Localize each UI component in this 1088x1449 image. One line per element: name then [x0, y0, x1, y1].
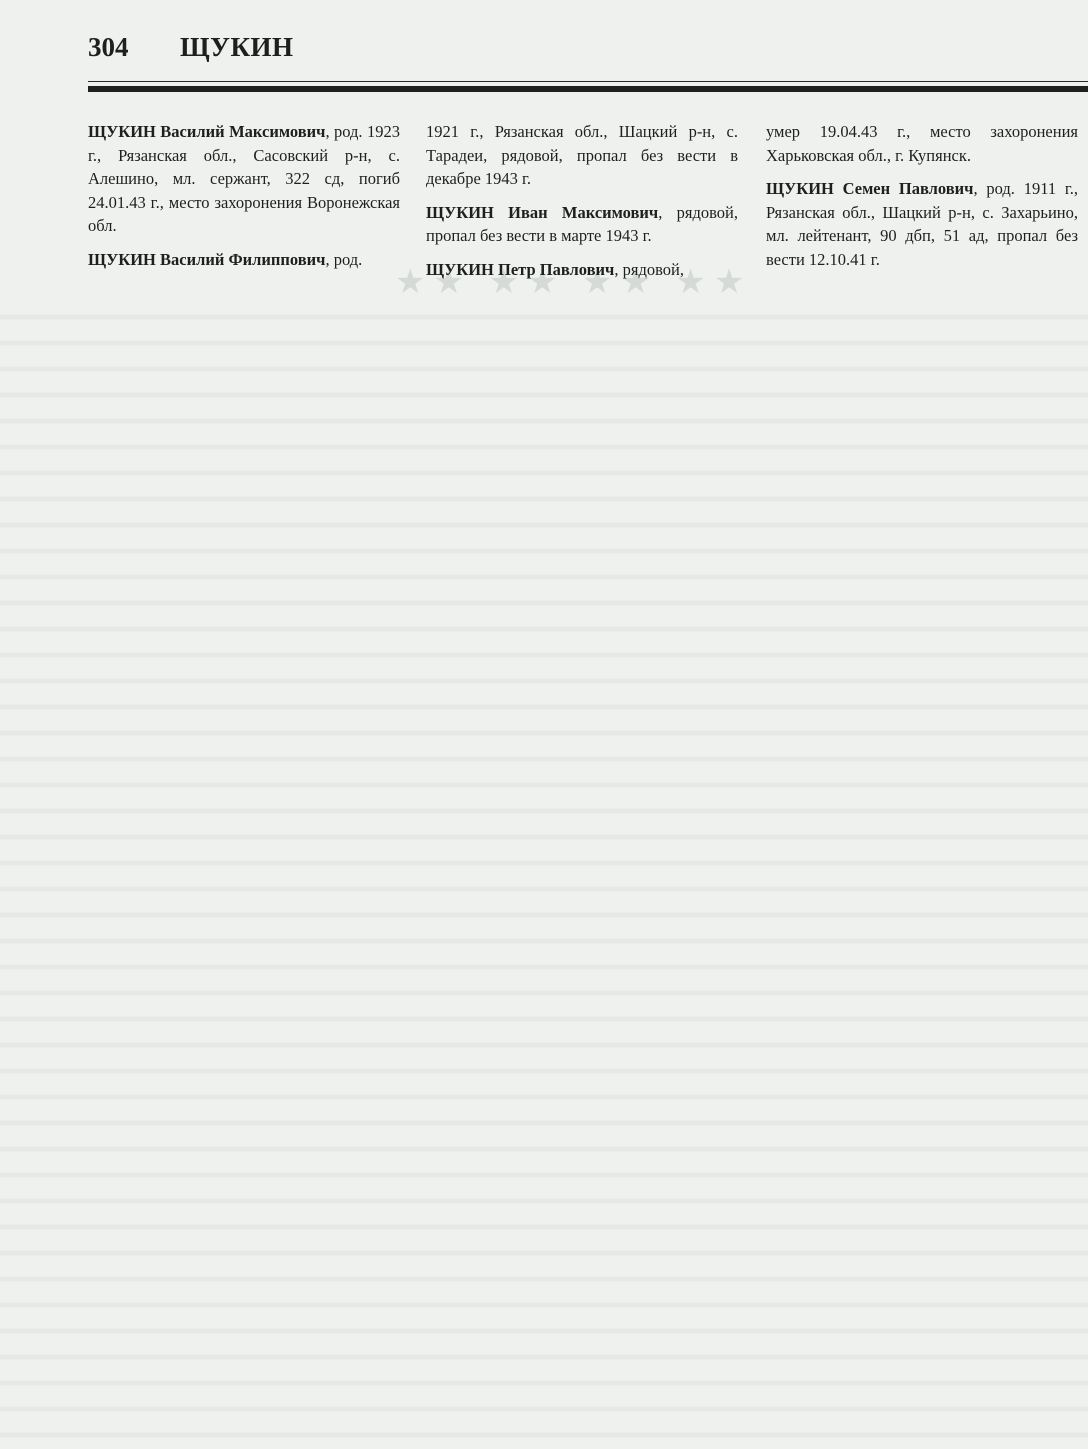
entry-name: ЩУКИН Василий Максимович — [88, 122, 325, 141]
entry-text: , рядовой, — [614, 260, 684, 279]
column-2: 1921 г., Рязанская обл., Шацкий р-н, с. … — [426, 120, 738, 291]
page-bleed-through — [0, 300, 1088, 1449]
entry-name: ЩУКИН Петр Павлович — [426, 260, 614, 279]
entry-name: ЩУКИН Иван Максимович — [426, 203, 658, 222]
entry-continuation: умер 19.04.43 г., место захоронения Харь… — [766, 120, 1078, 167]
entry: ЩУКИН Василий Филиппович, род. — [88, 248, 400, 272]
entry-text: , род. — [326, 250, 363, 269]
running-head: ЩУКИН — [180, 32, 294, 63]
entry: ЩУКИН Семен Павлович, род. 1911 г., Ряза… — [766, 177, 1078, 271]
page-number: 304 — [88, 32, 180, 63]
column-1: ЩУКИН Василий Максимович, род. 1923 г., … — [88, 120, 400, 281]
entry-text: умер 19.04.43 г., место захоронения Харь… — [766, 122, 1078, 165]
entry: ЩУКИН Петр Павлович, рядовой, — [426, 258, 738, 282]
column-3: умер 19.04.43 г., место захоронения Харь… — [766, 120, 1078, 281]
page-header: 304 ЩУКИН — [88, 32, 294, 63]
entry-continuation: 1921 г., Рязанская обл., Шацкий р-н, с. … — [426, 120, 738, 191]
header-rule-thin — [88, 81, 1088, 82]
entry: ЩУКИН Иван Максимович, рядовой, пропал б… — [426, 201, 738, 248]
entry-name: ЩУКИН Василий Филиппович — [88, 250, 326, 269]
entry: ЩУКИН Василий Максимович, род. 1923 г., … — [88, 120, 400, 238]
header-rule-thick — [88, 86, 1088, 92]
entry-text: 1921 г., Рязанская обл., Шацкий р-н, с. … — [426, 122, 738, 188]
entry-name: ЩУКИН Семен Павлович — [766, 179, 974, 198]
